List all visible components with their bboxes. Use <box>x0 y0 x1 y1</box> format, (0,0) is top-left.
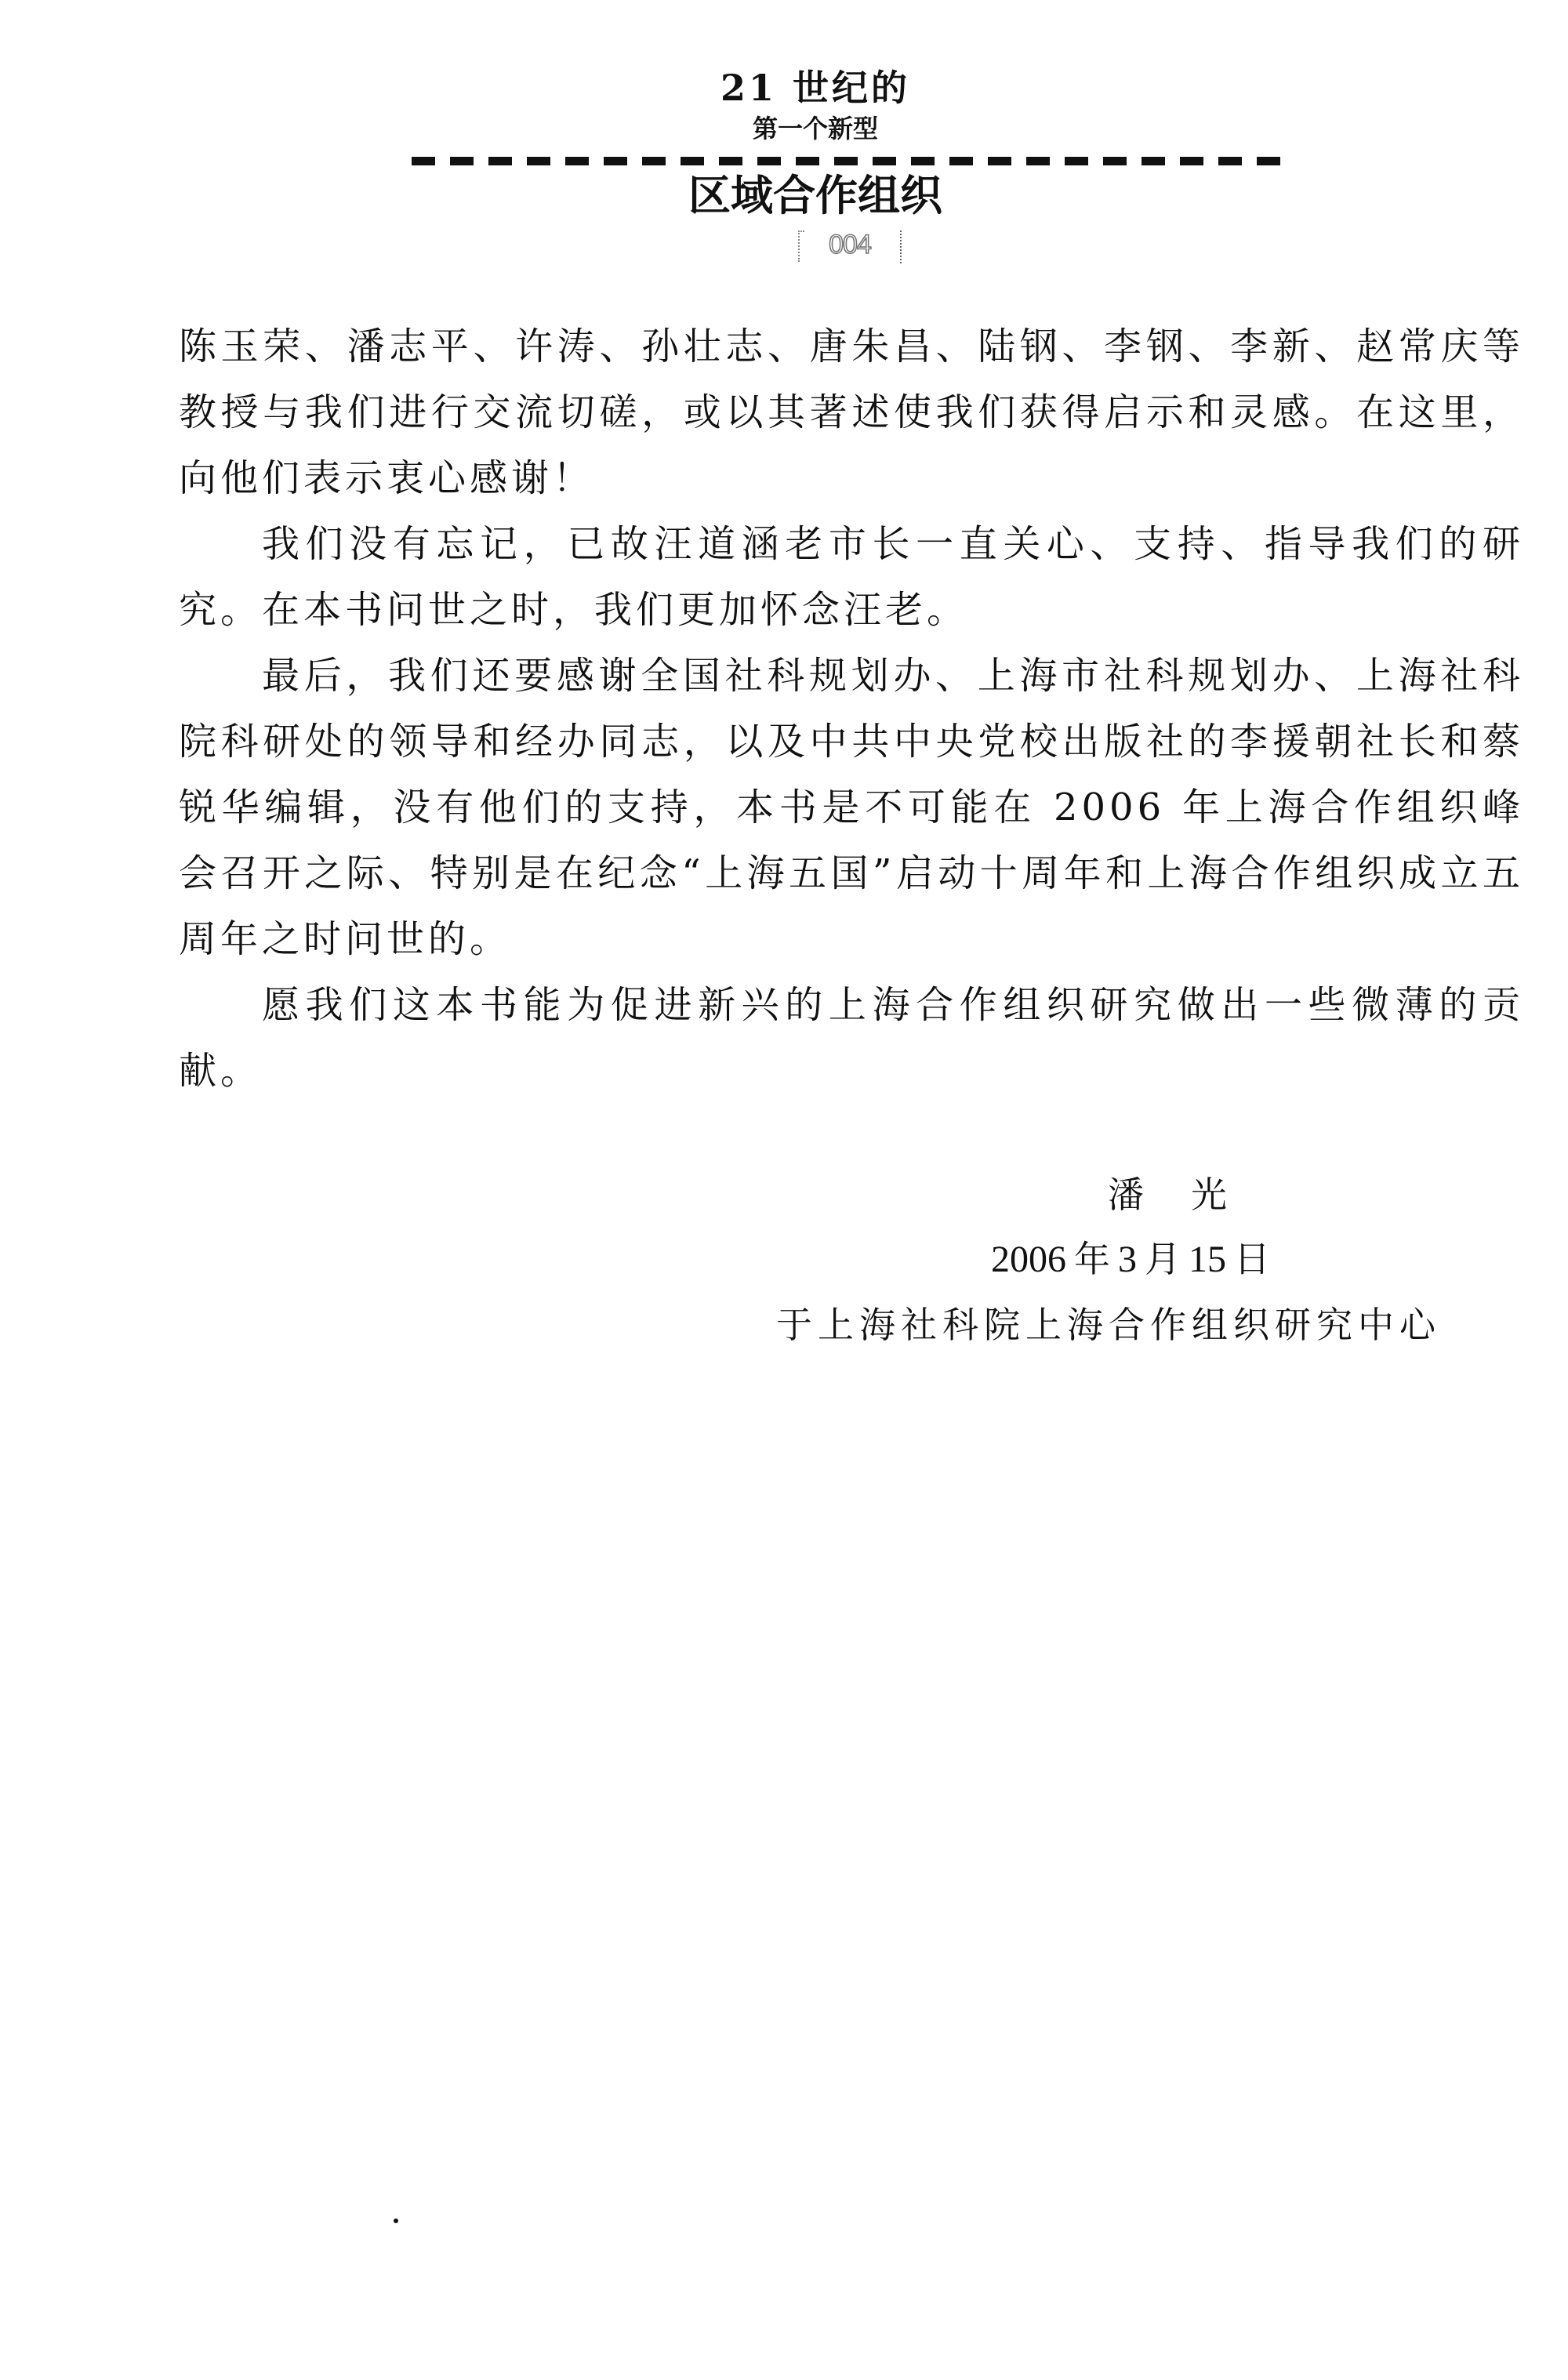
page-number: 004 <box>814 229 886 260</box>
header-main-title: 区域合作组织 <box>0 171 1568 221</box>
bracket-left-icon <box>798 230 800 262</box>
paragraph-acknowledgement-institutions: 最后，我们还要感谢全国社科规划办、上海市社科规划办、上海社科院科研处的领导和经办… <box>179 643 1524 972</box>
date-month-unit: 月 <box>1145 1238 1181 1280</box>
header-series-title: 21 世纪的 <box>0 66 1568 110</box>
page-number-frame: 004 <box>798 229 902 263</box>
paragraph-memorial: 我们没有忘记，已故汪道涵老市长一直关心、支持、指导我们的研究。在本书问世之时，我… <box>179 511 1524 643</box>
date-day-unit: 日 <box>1234 1238 1270 1280</box>
date-day: 15 <box>1189 1239 1226 1280</box>
book-page: 21 世纪的 第一个新型 区域合作组织 004 陈玉荣、潘志平、许涛、孙壮志、唐… <box>0 0 1568 2380</box>
bracket-left-tick-icon <box>798 230 804 232</box>
body-text: 陈玉荣、潘志平、许涛、孙壮志、唐朱昌、陆钢、李钢、李新、赵常庆等教授与我们进行交… <box>179 314 1524 1104</box>
header-dashed-divider <box>412 157 1283 165</box>
header-subtitle: 第一个新型 <box>0 113 1568 144</box>
date-month: 3 <box>1118 1239 1137 1280</box>
paragraph-closing-wish: 愿我们这本书能为促进新兴的上海合作组织研究做出一些微薄的贡献。 <box>179 972 1524 1104</box>
date-year: 2006 <box>991 1239 1066 1280</box>
scan-artifact-dot <box>394 2219 398 2223</box>
paragraph-acknowledgement-scholars: 陈玉荣、潘志平、许涛、孙壮志、唐朱昌、陆钢、李钢、李新、赵常庆等教授与我们进行交… <box>179 314 1524 511</box>
signature-date: 2006年3月15日 <box>991 1237 1278 1282</box>
date-year-unit: 年 <box>1074 1238 1110 1280</box>
bracket-right-icon <box>900 230 902 263</box>
signature-place: 于上海社科院上海合作组织研究中心 <box>776 1303 1441 1347</box>
signature-author: 潘光 <box>1108 1173 1274 1217</box>
